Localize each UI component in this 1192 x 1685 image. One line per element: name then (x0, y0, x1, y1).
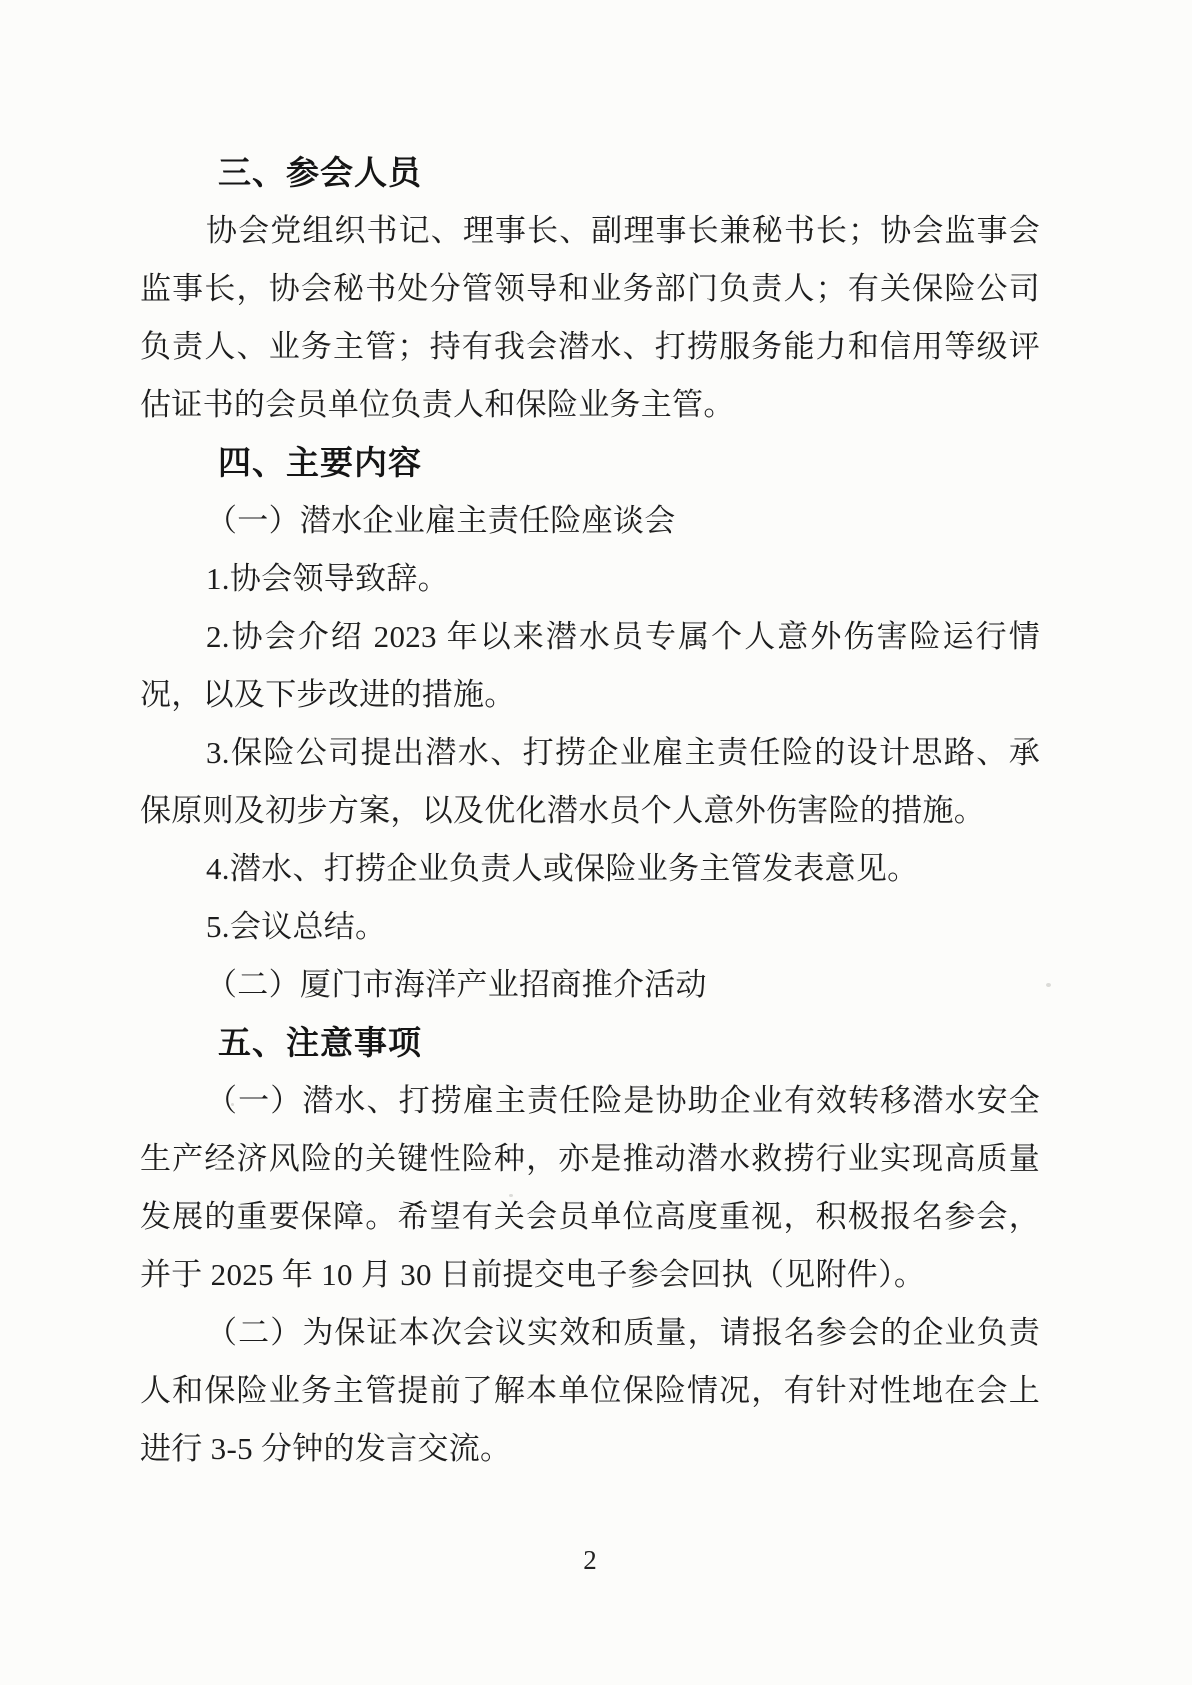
body-paragraph: 5.会议总结。 (140, 898, 1040, 956)
body-paragraph: 协会党组织书记、理事长、副理事长兼秘书长；协会监事会监事长，协会秘书处分管领导和… (140, 202, 1040, 434)
section-heading: 五、注意事项 (140, 1014, 1040, 1072)
scan-speck (509, 1194, 513, 1197)
section-heading: 三、参会人员 (140, 144, 1040, 202)
document-page: 三、参会人员协会党组织书记、理事长、副理事长兼秘书长；协会监事会监事长，协会秘书… (0, 0, 1192, 1685)
scan-speck (231, 1103, 234, 1106)
body-paragraph: （一）潜水、打捞雇主责任险是协助企业有效转移潜水安全生产经济风险的关键性险种，亦… (140, 1072, 1040, 1304)
body-paragraph: 3.保险公司提出潜水、打捞企业雇主责任险的设计思路、承保原则及初步方案，以及优化… (140, 724, 1040, 840)
body-paragraph: （一）潜水企业雇主责任险座谈会 (140, 492, 1040, 550)
scan-speck (1046, 983, 1051, 987)
section-heading: 四、主要内容 (140, 434, 1040, 492)
body-paragraph: 1.协会领导致辞。 (140, 550, 1040, 608)
body-paragraph: （二）为保证本次会议实效和质量，请报名参会的企业负责人和保险业务主管提前了解本单… (140, 1304, 1040, 1478)
body-paragraph: 2.协会介绍 2023 年以来潜水员专属个人意外伤害险运行情况，以及下步改进的措… (140, 608, 1040, 724)
document-body: 三、参会人员协会党组织书记、理事长、副理事长兼秘书长；协会监事会监事长，协会秘书… (140, 144, 1040, 1478)
body-paragraph: （二）厦门市海洋产业招商推介活动 (140, 956, 1040, 1014)
page-number: 2 (0, 1545, 1180, 1576)
body-paragraph: 4.潜水、打捞企业负责人或保险业务主管发表意见。 (140, 840, 1040, 898)
